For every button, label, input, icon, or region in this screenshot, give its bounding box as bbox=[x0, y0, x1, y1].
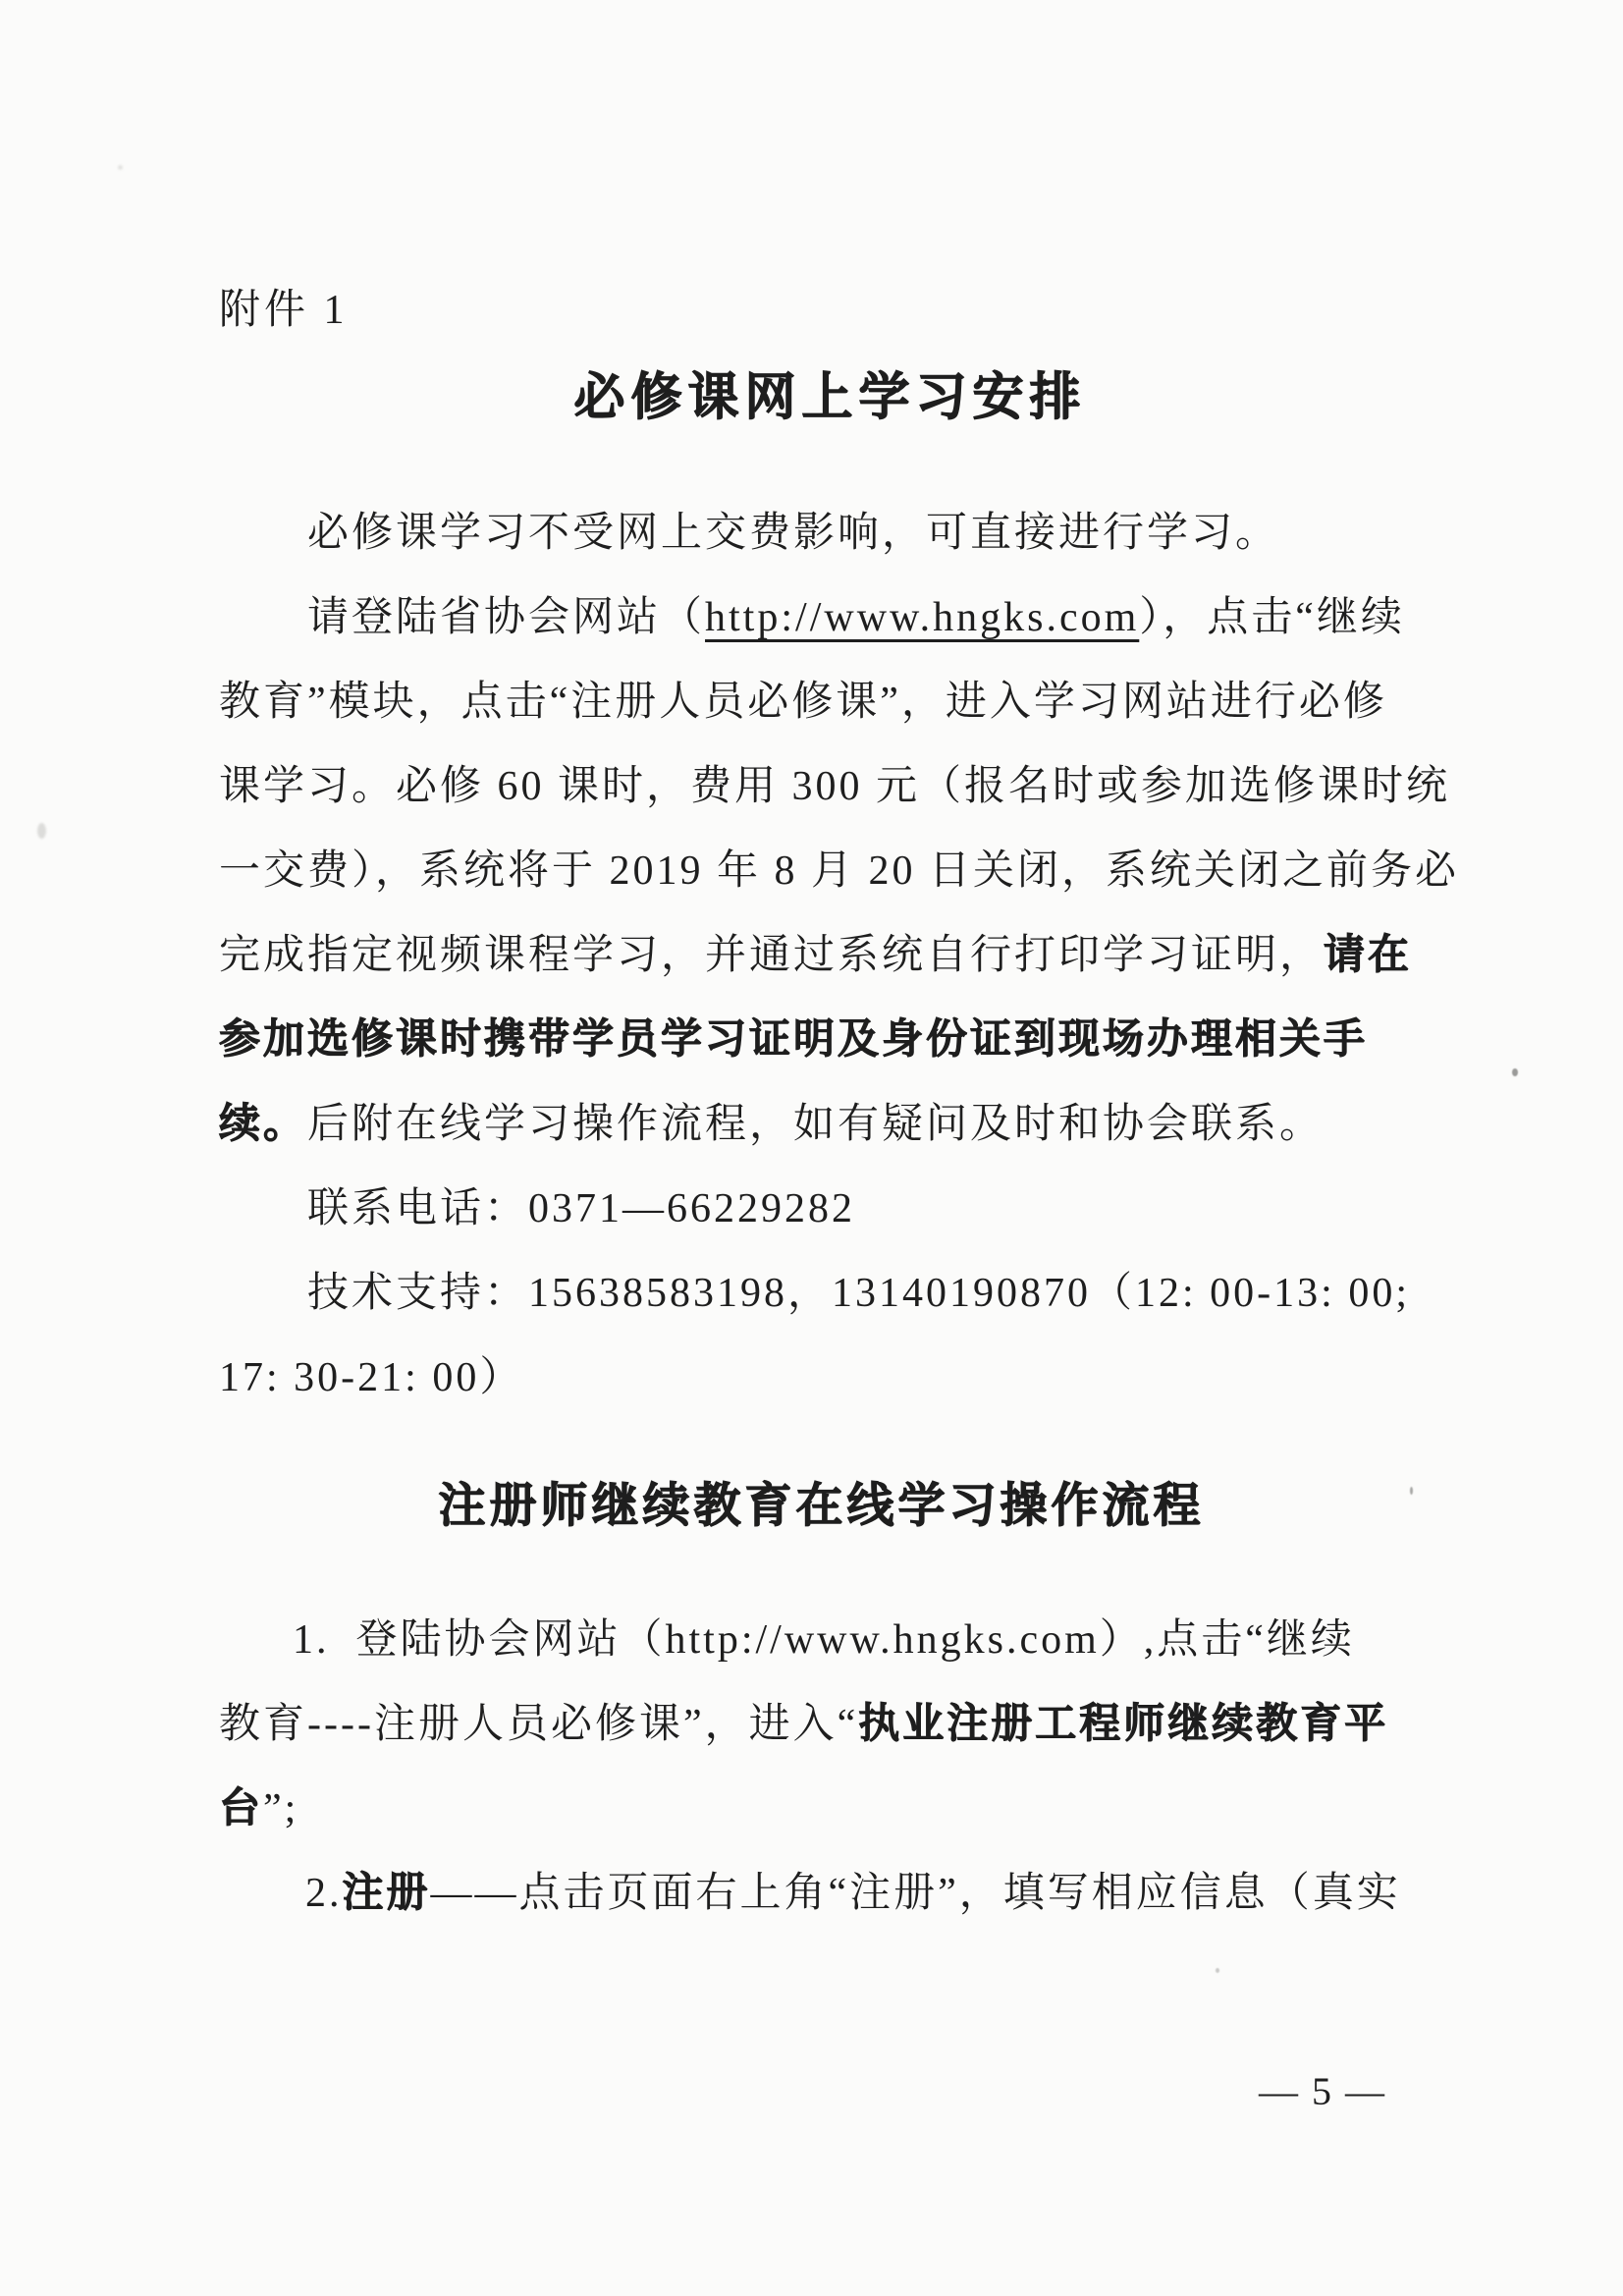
body-text-block: 必修课学习不受网上交费影响，可直接进行学习。请登陆省协会网站（http://ww… bbox=[219, 491, 1486, 1420]
text: 联系电话：0371—66229282 bbox=[307, 1186, 855, 1231]
bold-text: 续。 bbox=[219, 1102, 307, 1147]
text: 一交费），系统将于 2019 年 8 月 20 日关闭，系统关闭之前务必 bbox=[219, 848, 1459, 894]
body-text-line: 联系电话：0371—66229282 bbox=[219, 1167, 1486, 1251]
scan-speck bbox=[118, 165, 123, 170]
bold-text: 台 bbox=[219, 1786, 263, 1831]
procedure-text-line: 台”; bbox=[219, 1767, 1486, 1851]
text: 技术支持：15638583198，13140190870（12: 00-13: … bbox=[307, 1271, 1410, 1316]
document-page: 附件 1 必修课网上学习安排 必修课学习不受网上交费影响，可直接进行学习。请登陆… bbox=[0, 0, 1623, 2296]
bold-text: 参加选修课时携带学员学习证明及身份证到现场办理相关手 bbox=[219, 1017, 1368, 1063]
body-text-line: 续。后附在线学习操作流程，如有疑问及时和协会联系。 bbox=[219, 1082, 1486, 1167]
body-text-line: 课学习。必修 60 课时，费用 300 元（报名时或参加选修课时统 bbox=[219, 744, 1486, 829]
text: 教育----注册人员必修课”，进入“ bbox=[219, 1702, 858, 1747]
body-text-line: 技术支持：15638583198，13140190870（12: 00-13: … bbox=[219, 1251, 1486, 1336]
underlined-url-text: http://www.hngks.com bbox=[705, 595, 1139, 640]
text: ——点击页面右上角“注册”，填写相应信息（真实 bbox=[431, 1871, 1401, 1916]
body-text-line: 请登陆省协会网站（http://www.hngks.com），点击“继续 bbox=[219, 575, 1486, 660]
procedure-text-line: 2.注册——点击页面右上角“注册”，填写相应信息（真实 bbox=[219, 1851, 1486, 1936]
text: 完成指定视频课程学习，并通过系统自行打印学习证明， bbox=[219, 933, 1324, 978]
scan-speck bbox=[1512, 1068, 1518, 1076]
body-text-line: 必修课学习不受网上交费影响，可直接进行学习。 bbox=[219, 491, 1486, 575]
procedure-text-line: 1. 登陆协会网站（http://www.hngks.com）,点击“继续 bbox=[219, 1598, 1486, 1682]
bold-text: 注册 bbox=[343, 1871, 431, 1916]
page-number: — 5 — bbox=[1239, 2068, 1406, 2115]
text: 后附在线学习操作流程，如有疑问及时和协会联系。 bbox=[307, 1102, 1324, 1147]
text: ”; bbox=[263, 1786, 298, 1831]
text: 17: 30-21: 00） bbox=[219, 1355, 523, 1400]
text: 课学习。必修 60 课时，费用 300 元（报名时或参加选修课时统 bbox=[219, 764, 1450, 809]
body-text-line: 完成指定视频课程学习，并通过系统自行打印学习证明，请在 bbox=[219, 913, 1486, 998]
text: ），点击“继续 bbox=[1139, 595, 1405, 640]
bold-text: 请在 bbox=[1324, 933, 1412, 978]
attachment-label: 附件 1 bbox=[219, 283, 349, 338]
procedure-text-line: 教育----注册人员必修课”，进入“执业注册工程师继续教育平 bbox=[219, 1682, 1486, 1767]
procedure-text-block: 1. 登陆协会网站（http://www.hngks.com）,点击“继续教育-… bbox=[219, 1598, 1486, 1936]
scan-speck bbox=[1216, 1968, 1219, 1973]
text: 教育”模块，点击“注册人员必修课”，进入学习网站进行必修 bbox=[219, 680, 1387, 725]
text: 2. bbox=[305, 1871, 343, 1916]
section-heading: 注册师继续教育在线学习操作流程 bbox=[0, 1477, 1623, 1536]
document-title: 必修课网上学习安排 bbox=[0, 368, 1623, 429]
text: 必修课学习不受网上交费影响，可直接进行学习。 bbox=[307, 511, 1279, 556]
body-text-line: 参加选修课时携带学员学习证明及身份证到现场办理相关手 bbox=[219, 998, 1486, 1082]
body-text-line: 教育”模块，点击“注册人员必修课”，进入学习网站进行必修 bbox=[219, 660, 1486, 744]
body-text-line: 一交费），系统将于 2019 年 8 月 20 日关闭，系统关闭之前务必 bbox=[219, 829, 1486, 913]
text: 1. 登陆协会网站（http://www.hngks.com）,点击“继续 bbox=[293, 1617, 1355, 1663]
text: 请登陆省协会网站（ bbox=[307, 595, 705, 640]
scan-speck bbox=[37, 823, 46, 839]
bold-text: 执业注册工程师继续教育平 bbox=[858, 1702, 1388, 1747]
body-text-line: 17: 30-21: 00） bbox=[219, 1336, 1486, 1420]
